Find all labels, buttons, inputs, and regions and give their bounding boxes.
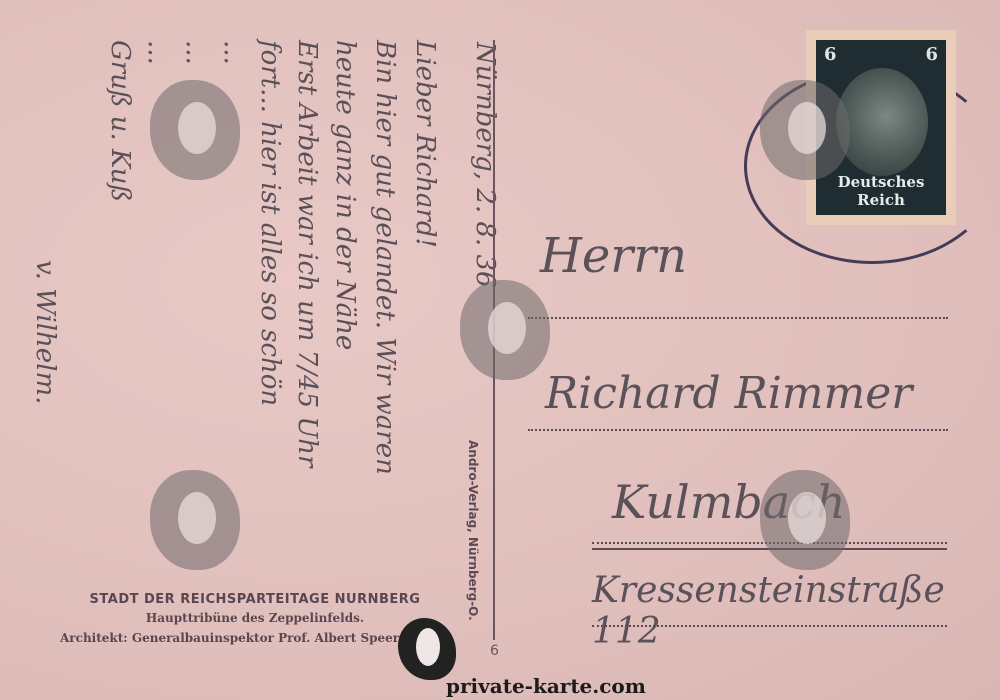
- brand-logo-icon: [398, 618, 456, 680]
- brand-text: private-karte.com: [446, 674, 646, 698]
- watermark-logo-icon: [760, 470, 850, 570]
- handwritten-letter: Nürnberg, 2. 8. 36 Lieber Richard! Bin h…: [0, 20, 460, 490]
- watermark-logo-icon: [150, 470, 240, 570]
- letter-line: Erst Arbeit war ich um 7/45 Uhr: [292, 40, 322, 467]
- watermark-logo-icon: [760, 80, 850, 180]
- publisher-imprint: Andro-Verlag, Nürnberg-O.: [466, 440, 480, 621]
- letter-line: fort... hier ist alles so schön: [255, 40, 285, 406]
- address-name: Richard Rimmer: [545, 368, 912, 419]
- letter-line: heute ganz in der Nähe: [330, 40, 360, 350]
- stamp-value: 6: [824, 44, 837, 65]
- caption-architect: Architekt: Generalbauinspektor Prof. Alb…: [60, 631, 450, 645]
- letter-line: ...: [142, 40, 172, 65]
- address-street: Kressensteinstraße 112: [592, 570, 1000, 652]
- caption-subtitle: Haupttribüne des Zeppelinfelds.: [60, 611, 450, 625]
- card-number: 6: [490, 643, 499, 659]
- letter-line: Gruß u. Kuß: [105, 40, 135, 202]
- watermark-logo-icon: [460, 280, 550, 380]
- letter-signature: v. Wilhelm.: [30, 260, 60, 404]
- card-caption: STADT DER REICHSPARTEITAGE NURNBERG Haup…: [60, 592, 450, 645]
- letter-line: ...: [180, 40, 210, 65]
- caption-title: STADT DER REICHSPARTEITAGE NURNBERG: [60, 592, 450, 607]
- letter-place-date: Nürnberg, 2. 8. 36: [470, 42, 500, 288]
- letter-line: Bin hier gut gelandet. Wir waren: [370, 40, 400, 475]
- watermark-brand: private-karte.com: [398, 618, 456, 680]
- watermark-logo-icon: [150, 80, 240, 180]
- address-line: [528, 317, 948, 319]
- stamp-label: Deutsches Reich: [816, 173, 946, 209]
- stamp-portrait-icon: [836, 68, 928, 176]
- stamp-value: 6: [925, 44, 938, 65]
- address-salutation: Herrn: [540, 228, 687, 284]
- letter-line: ...: [218, 40, 248, 65]
- letter-line: Lieber Richard!: [410, 40, 440, 248]
- address-line: [592, 625, 947, 627]
- postcard-back: Nürnberg, 2. 8. 36 Lieber Richard! Bin h…: [0, 0, 1000, 700]
- address-line: [528, 429, 948, 431]
